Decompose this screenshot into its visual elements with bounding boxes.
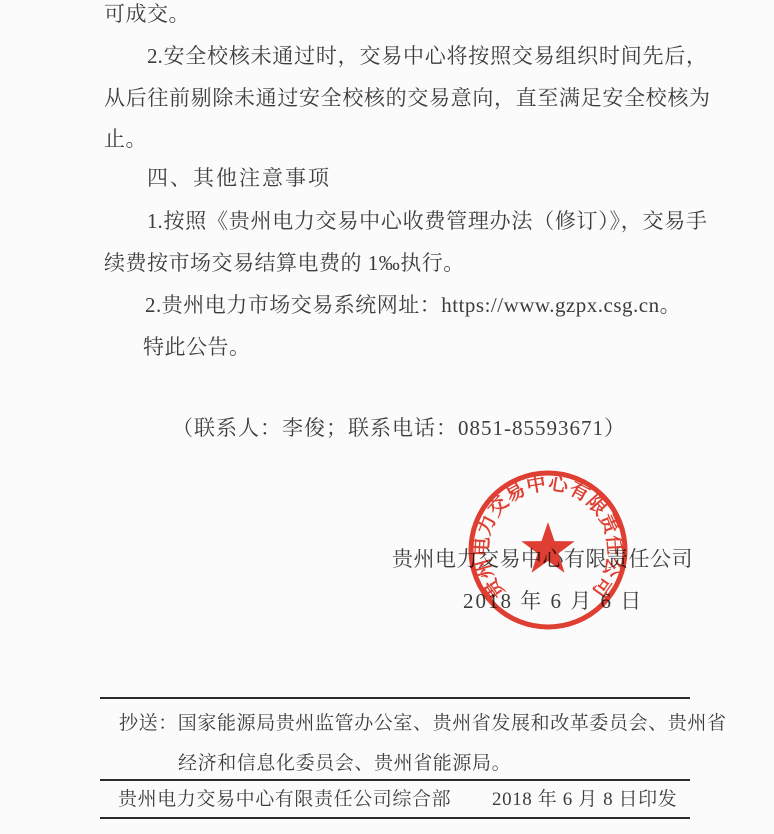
- footer-divider-middle: [100, 779, 690, 781]
- cc-recipients-line1: 抄送：国家能源局贵州监管办公室、贵州省发展和改革委员会、贵州省: [119, 713, 727, 734]
- footer-divider-bottom: [100, 817, 690, 819]
- body-line-fee-rate: 续费按市场交易结算电费的 1‰执行。: [104, 252, 465, 275]
- cc-recipients-line2: 经济和信息化委员会、贵州省能源局。: [178, 753, 511, 774]
- footer-divider-top: [100, 697, 690, 699]
- body-line-fee-rule: 1.按照《贵州电力交易中心收费管理办法（修订）》，交易手: [147, 210, 707, 233]
- company-seal-stamp: 贵州电力交易中心有限责任公司: [463, 465, 633, 635]
- contact-info-line: （联系人：李俊；联系电话：0851-85593671）: [172, 417, 626, 440]
- scanned-notice-page: 可成交。 2.安全校核未通过时，交易中心将按照交易组织时间先后， 从后往前剔除未…: [0, 0, 774, 834]
- body-line-kechengjiao: 可成交。: [104, 3, 190, 26]
- body-line-zhi: 止。: [104, 128, 147, 151]
- section-heading-other-notes: 四、其他注意事项: [147, 167, 331, 190]
- star-icon: [521, 522, 574, 573]
- body-line-hereby-announce: 特此公告。: [143, 336, 251, 359]
- footer-issuing-office: 贵州电力交易中心有限责任公司综合部: [118, 789, 451, 810]
- footer-print-date: 2018 年 6 月 8 日印发: [492, 789, 677, 810]
- body-line-remove-intent: 从后往前剔除未通过安全校核的交易意向，直至满足安全校核为: [104, 87, 710, 110]
- body-line-website-url: 2.贵州电力市场交易系统网址：https://www.gzpx.csg.cn。: [145, 294, 681, 317]
- body-line-item2-security-check: 2.安全校核未通过时，交易中心将按照交易组织时间先后，: [147, 45, 707, 68]
- seal-graphic: 贵州电力交易中心有限责任公司: [463, 465, 633, 635]
